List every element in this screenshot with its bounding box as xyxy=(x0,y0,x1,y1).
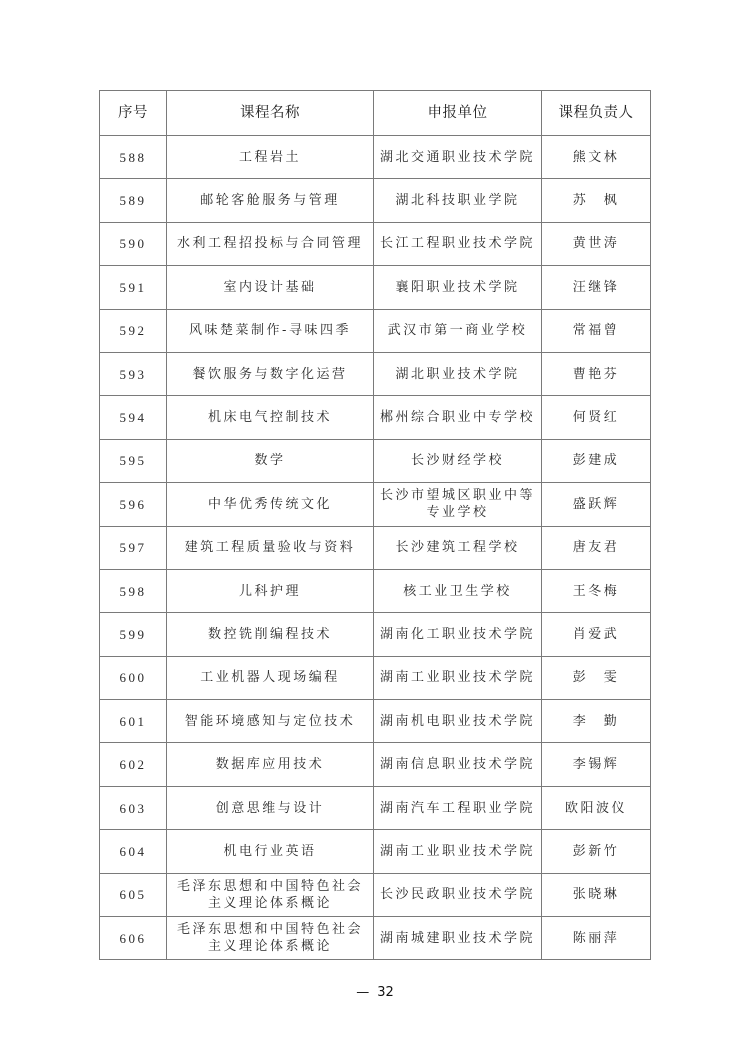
course-leader-cell: 李 勤 xyxy=(542,700,651,743)
course-name-cell: 工业机器人现场编程 xyxy=(167,656,374,699)
table-row: 594机床电气控制技术郴州综合职业中专学校何贤红 xyxy=(100,396,651,439)
table-row: 604机电行业英语湖南工业职业技术学院彭新竹 xyxy=(100,830,651,873)
course-leader-cell: 张晓琳 xyxy=(542,873,651,916)
table-row: 606毛泽东思想和中国特色社会主义理论体系概论湖南城建职业技术学院陈丽萍 xyxy=(100,917,651,960)
course-name-cell: 数控铣削编程技术 xyxy=(167,613,374,656)
serial-number-cell: 598 xyxy=(100,569,167,612)
table-row: 589邮轮客舱服务与管理湖北科技职业学院苏 枫 xyxy=(100,179,651,222)
course-leader-cell: 常福曾 xyxy=(542,309,651,352)
applicant-unit-cell: 长沙市望城区职业中等专业学校 xyxy=(374,483,542,526)
header-applicant-unit: 申报单位 xyxy=(374,91,542,136)
applicant-unit-cell: 长沙财经学校 xyxy=(374,439,542,482)
applicant-unit-cell: 湖南信息职业技术学院 xyxy=(374,743,542,786)
table-row: 597建筑工程质量验收与资料长沙建筑工程学校唐友君 xyxy=(100,526,651,569)
course-name-cell: 水利工程招投标与合同管理 xyxy=(167,222,374,265)
serial-number-cell: 601 xyxy=(100,700,167,743)
table-row: 600工业机器人现场编程湖南工业职业技术学院彭 雯 xyxy=(100,656,651,699)
course-name-cell: 毛泽东思想和中国特色社会主义理论体系概论 xyxy=(167,917,374,960)
course-leader-cell: 黄世涛 xyxy=(542,222,651,265)
course-name-cell: 机电行业英语 xyxy=(167,830,374,873)
table-row: 599数控铣削编程技术湖南化工职业技术学院肖爱武 xyxy=(100,613,651,656)
course-name-cell: 中华优秀传统文化 xyxy=(167,483,374,526)
course-leader-cell: 王冬梅 xyxy=(542,569,651,612)
table-row: 588工程岩土湖北交通职业技术学院熊文林 xyxy=(100,136,651,179)
serial-number-cell: 588 xyxy=(100,136,167,179)
table-row: 593餐饮服务与数字化运营湖北职业技术学院曹艳芬 xyxy=(100,352,651,395)
course-name-cell: 儿科护理 xyxy=(167,569,374,612)
course-name-cell: 机床电气控制技术 xyxy=(167,396,374,439)
course-name-cell: 室内设计基础 xyxy=(167,266,374,309)
applicant-unit-cell: 襄阳职业技术学院 xyxy=(374,266,542,309)
serial-number-cell: 594 xyxy=(100,396,167,439)
course-name-cell: 工程岩土 xyxy=(167,136,374,179)
course-name-cell: 餐饮服务与数字化运营 xyxy=(167,352,374,395)
applicant-unit-cell: 郴州综合职业中专学校 xyxy=(374,396,542,439)
table-row: 598儿科护理核工业卫生学校王冬梅 xyxy=(100,569,651,612)
serial-number-cell: 604 xyxy=(100,830,167,873)
course-leader-cell: 彭建成 xyxy=(542,439,651,482)
serial-number-cell: 590 xyxy=(100,222,167,265)
course-leader-cell: 唐友君 xyxy=(542,526,651,569)
course-leader-cell: 彭新竹 xyxy=(542,830,651,873)
table-body: 588工程岩土湖北交通职业技术学院熊文林589邮轮客舱服务与管理湖北科技职业学院… xyxy=(100,136,651,960)
applicant-unit-cell: 湖南汽车工程职业学院 xyxy=(374,786,542,829)
serial-number-cell: 596 xyxy=(100,483,167,526)
serial-number-cell: 606 xyxy=(100,917,167,960)
course-leader-cell: 欧阳波仪 xyxy=(542,786,651,829)
table-row: 596中华优秀传统文化长沙市望城区职业中等专业学校盛跃辉 xyxy=(100,483,651,526)
course-leader-cell: 盛跃辉 xyxy=(542,483,651,526)
course-leader-cell: 汪继锋 xyxy=(542,266,651,309)
course-table: 序号 课程名称 申报单位 课程负责人 588工程岩土湖北交通职业技术学院熊文林5… xyxy=(99,90,651,960)
table-row: 591室内设计基础襄阳职业技术学院汪继锋 xyxy=(100,266,651,309)
applicant-unit-cell: 湖南工业职业技术学院 xyxy=(374,830,542,873)
applicant-unit-cell: 长沙民政职业技术学院 xyxy=(374,873,542,916)
course-name-cell: 智能环境感知与定位技术 xyxy=(167,700,374,743)
table-row: 595数学长沙财经学校彭建成 xyxy=(100,439,651,482)
table-header-row: 序号 课程名称 申报单位 课程负责人 xyxy=(100,91,651,136)
course-leader-cell: 曹艳芬 xyxy=(542,352,651,395)
document-page: 序号 课程名称 申报单位 课程负责人 588工程岩土湖北交通职业技术学院熊文林5… xyxy=(0,0,750,1061)
course-leader-cell: 何贤红 xyxy=(542,396,651,439)
applicant-unit-cell: 武汉市第一商业学校 xyxy=(374,309,542,352)
course-leader-cell: 李锡辉 xyxy=(542,743,651,786)
applicant-unit-cell: 湖南城建职业技术学院 xyxy=(374,917,542,960)
course-name-cell: 毛泽东思想和中国特色社会主义理论体系概论 xyxy=(167,873,374,916)
serial-number-cell: 591 xyxy=(100,266,167,309)
course-leader-cell: 苏 枫 xyxy=(542,179,651,222)
serial-number-cell: 605 xyxy=(100,873,167,916)
table-row: 590水利工程招投标与合同管理长江工程职业技术学院黄世涛 xyxy=(100,222,651,265)
page-number-value: 32 xyxy=(377,985,394,1000)
serial-number-cell: 589 xyxy=(100,179,167,222)
serial-number-cell: 595 xyxy=(100,439,167,482)
serial-number-cell: 602 xyxy=(100,743,167,786)
course-leader-cell: 熊文林 xyxy=(542,136,651,179)
applicant-unit-cell: 长沙建筑工程学校 xyxy=(374,526,542,569)
applicant-unit-cell: 湖北科技职业学院 xyxy=(374,179,542,222)
applicant-unit-cell: 湖南工业职业技术学院 xyxy=(374,656,542,699)
course-name-cell: 邮轮客舱服务与管理 xyxy=(167,179,374,222)
serial-number-cell: 603 xyxy=(100,786,167,829)
course-leader-cell: 陈丽萍 xyxy=(542,917,651,960)
applicant-unit-cell: 湖北交通职业技术学院 xyxy=(374,136,542,179)
table-row: 605毛泽东思想和中国特色社会主义理论体系概论长沙民政职业技术学院张晓琳 xyxy=(100,873,651,916)
course-name-cell: 风味楚菜制作-寻味四季 xyxy=(167,309,374,352)
serial-number-cell: 597 xyxy=(100,526,167,569)
course-name-cell: 数学 xyxy=(167,439,374,482)
applicant-unit-cell: 湖北职业技术学院 xyxy=(374,352,542,395)
header-course-leader: 课程负责人 xyxy=(542,91,651,136)
applicant-unit-cell: 湖南化工职业技术学院 xyxy=(374,613,542,656)
table-row: 603创意思维与设计湖南汽车工程职业学院欧阳波仪 xyxy=(100,786,651,829)
course-leader-cell: 彭 雯 xyxy=(542,656,651,699)
course-leader-cell: 肖爱武 xyxy=(542,613,651,656)
page-number-dash: — xyxy=(356,985,369,1000)
applicant-unit-cell: 长江工程职业技术学院 xyxy=(374,222,542,265)
serial-number-cell: 599 xyxy=(100,613,167,656)
table-row: 601智能环境感知与定位技术湖南机电职业技术学院李 勤 xyxy=(100,700,651,743)
page-number: —32 xyxy=(0,985,750,1000)
serial-number-cell: 593 xyxy=(100,352,167,395)
course-name-cell: 建筑工程质量验收与资料 xyxy=(167,526,374,569)
applicant-unit-cell: 核工业卫生学校 xyxy=(374,569,542,612)
course-name-cell: 创意思维与设计 xyxy=(167,786,374,829)
table-row: 592风味楚菜制作-寻味四季武汉市第一商业学校常福曾 xyxy=(100,309,651,352)
serial-number-cell: 592 xyxy=(100,309,167,352)
header-serial-number: 序号 xyxy=(100,91,167,136)
serial-number-cell: 600 xyxy=(100,656,167,699)
applicant-unit-cell: 湖南机电职业技术学院 xyxy=(374,700,542,743)
table-row: 602数据库应用技术湖南信息职业技术学院李锡辉 xyxy=(100,743,651,786)
header-course-name: 课程名称 xyxy=(167,91,374,136)
course-name-cell: 数据库应用技术 xyxy=(167,743,374,786)
